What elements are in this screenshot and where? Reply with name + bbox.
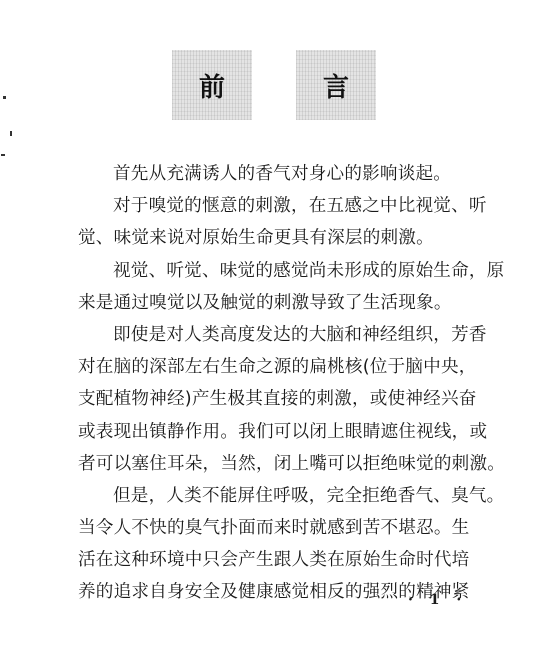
text-line: 首先从充满诱人的香气对身心的影响谈起。 [78,158,478,190]
text-line: 即使是对人类高度发达的大脑和神经组织，芳香 [78,319,478,351]
body-text: 首先从充满诱人的香气对身心的影响谈起。 对于嗅觉的惬意的刺激，在五感之中比视觉、… [78,158,478,609]
title-char-box: 言 [296,50,376,120]
page-number: · 1 · [408,592,467,608]
text-line: 来是通过嗅觉以及触觉的刺激导致了生活现象。 [78,287,478,319]
text-line: 视觉、听觉、味觉的感觉尚未形成的原始生命，原 [78,255,478,287]
text-line: 或表现出镇静作用。我们可以闭上眼睛遮住视线，或 [78,416,478,448]
scan-artifact [1,154,5,156]
text-line: 对在脑的深部左右生命之源的扁桃核(位于脑中央， [78,351,478,383]
text-line: 者可以塞住耳朵，当然，闭上嘴可以拒绝味觉的刺激。 [78,448,478,480]
text-line: 但是，人类不能屏住呼吸，完全拒绝香气、臭气。 [78,480,478,512]
text-line: 当令人不快的臭气扑面而来时就感到苦不堪忍。生 [78,512,478,544]
scan-artifact [3,96,6,99]
scan-artifact [10,131,12,136]
text-line: 觉、味觉来说对原始生命更具有深层的刺激。 [78,222,478,254]
text-line: 活在这种环境中只会产生跟人类在原始生命时代培 [78,544,478,576]
text-line: 对于嗅觉的惬意的刺激，在五感之中比视觉、听 [78,190,478,222]
title-char-box: 前 [172,50,252,120]
title-char: 言 [323,67,349,104]
text-line: 支配植物神经)产生极其直接的刺激，或使神经兴奋 [78,383,478,415]
title-char: 前 [199,67,225,104]
